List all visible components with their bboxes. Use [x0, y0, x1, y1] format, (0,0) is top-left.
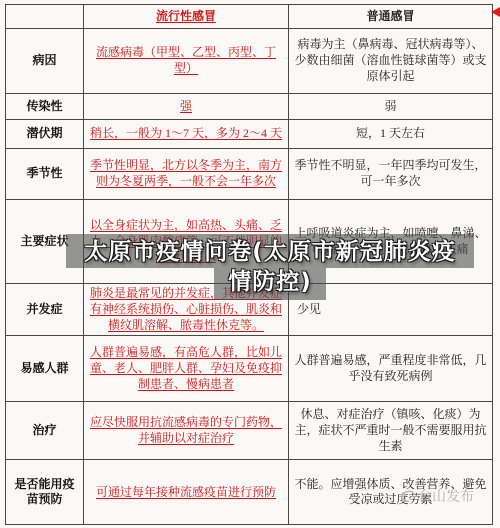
- header-cold: 普通感冒: [289, 5, 493, 29]
- publisher-logo-icon: [399, 488, 417, 504]
- cold-cell: 休息、对症治疗（镇咳、化痰）为主，症状不严重时一般不需要服用抗生素: [289, 402, 493, 460]
- table-row: 潜伏期 稍长，一般为 1～7 天，多为 2～4 天 短，1 天左右: [6, 120, 493, 149]
- table-row: 传染性 强 弱: [6, 94, 493, 120]
- watermark-title-overlay: 太原市疫情问卷(太原市新冠肺炎疫情防控): [66, 234, 474, 300]
- row-label: 是否能用疫苗预防: [6, 460, 84, 525]
- publisher-watermark-text: 台山发布: [418, 486, 474, 506]
- flu-cell: 可通过每年接种流感疫苗进行预防: [84, 460, 289, 525]
- row-label: 传染性: [6, 94, 84, 120]
- cold-cell: 季节性不明显，一年四季均可发生，可一年多次: [289, 149, 493, 200]
- row-label: 易感人群: [6, 336, 84, 402]
- cold-cell: 短，1 天左右: [289, 120, 493, 149]
- flu-cell: 季节性明显，北方以冬季为主，南方则为冬夏两季，一般不会一年多次: [84, 149, 289, 200]
- flu-cell: 应尽快服用抗流感病毒的专门药物，并辅助以对症治疗: [84, 402, 289, 460]
- cold-cell: 病毒为主（鼻病毒、冠状病毒等）、少数由细菌（溶血性链球菌等）或支原体引起: [289, 29, 493, 94]
- flu-cell: 人群普遍易感，有高危人群，比如儿童、老人、肥胖人群、孕妇及免疫抑制患者、慢病患者: [84, 336, 289, 402]
- row-label: 病因: [6, 29, 84, 94]
- publisher-watermark: 台山发布: [399, 486, 474, 506]
- table-row: 病因 流感病毒（甲型、乙型、丙型、丁型） 病毒为主（鼻病毒、冠状病毒等）、少数由…: [6, 29, 493, 94]
- red-cursor-arrow-icon: [491, 7, 500, 17]
- flu-cell: 稍长，一般为 1～7 天，多为 2～4 天: [84, 120, 289, 149]
- table-row: 治疗 应尽快服用抗流感病毒的专门药物，并辅助以对症治疗 休息、对症治疗（镇咳、化…: [6, 402, 493, 460]
- watermark-title-line2: 情防控): [214, 268, 326, 300]
- row-label: 季节性: [6, 149, 84, 200]
- cold-cell: 弱: [289, 94, 493, 120]
- flu-cell: 流感病毒（甲型、乙型、丙型、丁型）: [84, 29, 289, 94]
- flu-cell: 强: [84, 94, 289, 120]
- table-row: 季节性 季节性明显，北方以冬季为主，南方则为冬夏两季，一般不会一年多次 季节性不…: [6, 149, 493, 200]
- table-header-row: 流行性感冒 普通感冒: [6, 5, 493, 29]
- header-corner-cell: [6, 5, 84, 29]
- table-row: 易感人群 人群普遍易感，有高危人群，比如儿童、老人、肥胖人群、孕妇及免疫抑制患者…: [6, 336, 493, 402]
- row-label: 治疗: [6, 402, 84, 460]
- row-label: 潜伏期: [6, 120, 84, 149]
- header-flu: 流行性感冒: [84, 5, 289, 29]
- cold-cell: 人群普遍易感，严重程度非常低，几乎没有致死病例: [289, 336, 493, 402]
- watermark-title-line1: 太原市疫情问卷(太原市新冠肺炎疫: [66, 234, 474, 268]
